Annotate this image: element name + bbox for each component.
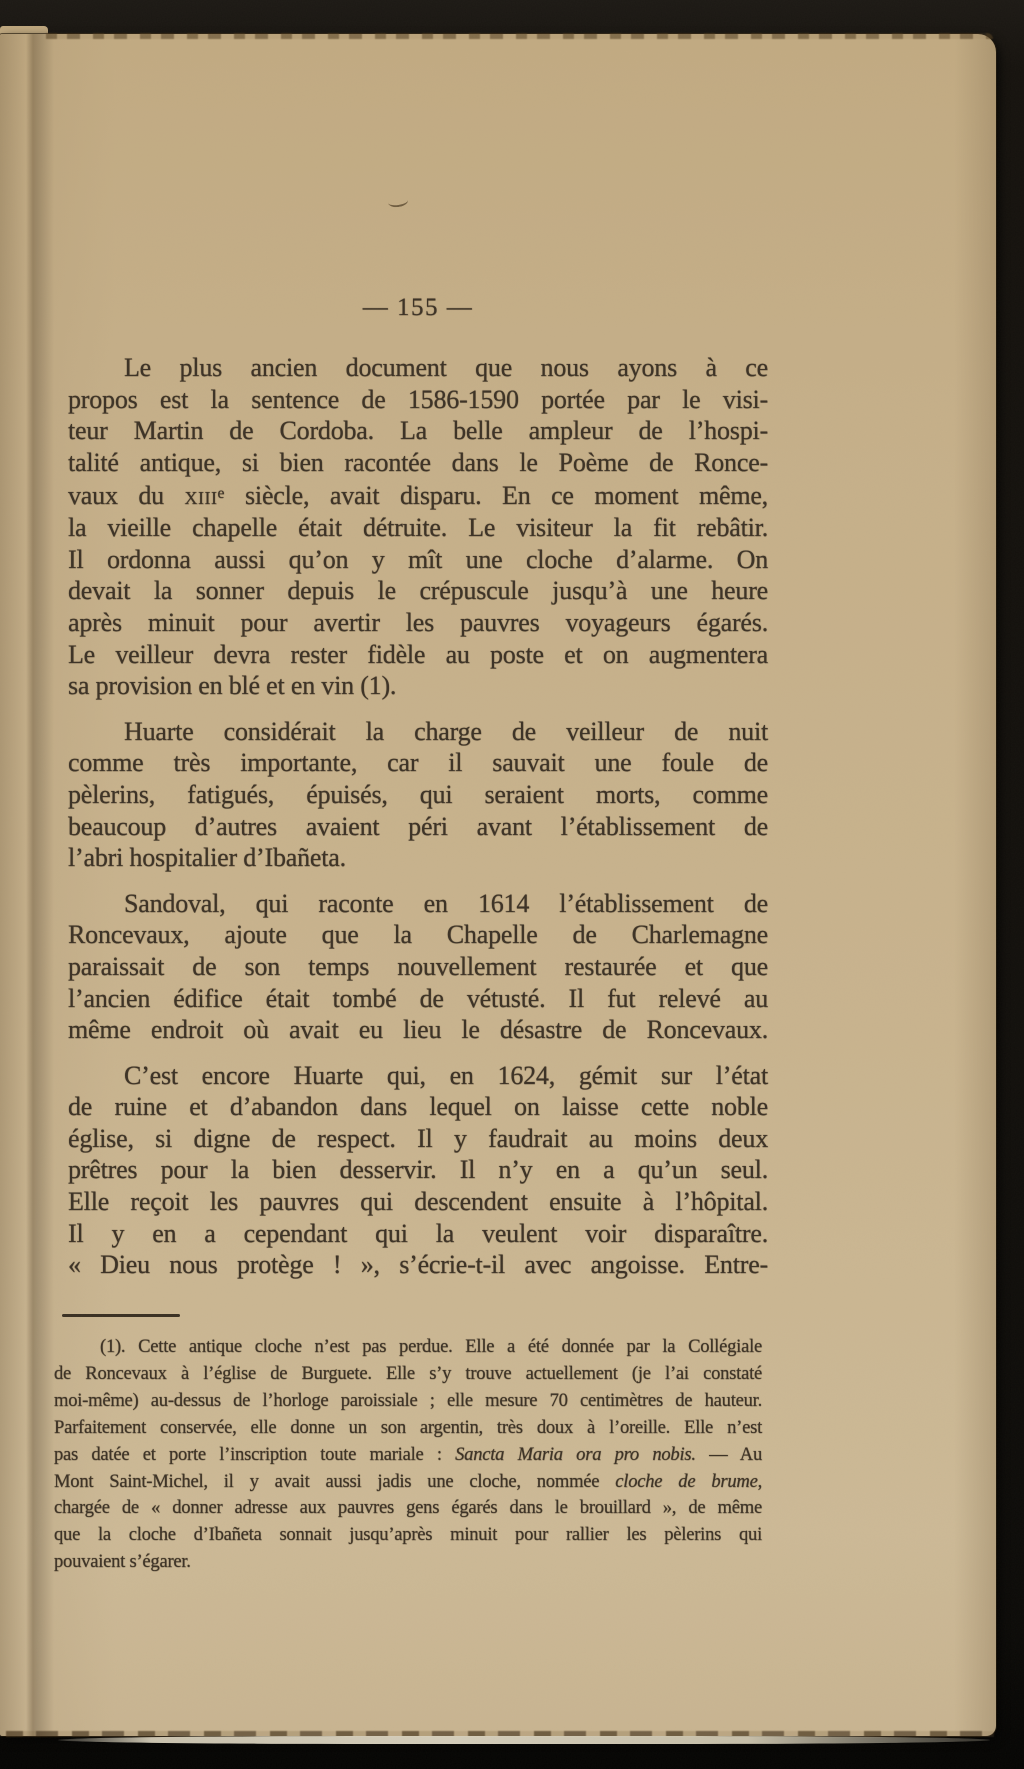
text-line: Parfaitement conservée, elle donne un so… xyxy=(54,1415,762,1442)
paragraph: Le plus ancien document que nous ayons à… xyxy=(68,352,768,702)
text-line: l’ancien édifice était tombé de vétusté.… xyxy=(68,983,768,1015)
body-text: Le plus ancien document que nous ayons à… xyxy=(68,352,768,1281)
text-run: Le plus ancien document que nous ayons à… xyxy=(124,353,768,382)
text-run: moi-même) au-dessus de l’horloge paroiss… xyxy=(54,1390,762,1411)
text-line: après minuit pour avertir les pauvres vo… xyxy=(68,607,768,639)
text-run: même endroit où avait eu lieu le désastr… xyxy=(68,1015,768,1044)
text-run: Le veilleur devra rester fidèle au poste… xyxy=(68,640,768,669)
text-line: Il y en a cependant qui la veulent voir … xyxy=(68,1218,768,1250)
text-line: l’abri hospitalier d’Ibañeta. xyxy=(68,842,768,874)
text-run: talité antique, si bien racontée dans le… xyxy=(68,448,768,477)
text-line: pouvaient s’égarer. xyxy=(54,1549,762,1576)
text-line: vaux du xiiie siècle, avait disparu. En … xyxy=(68,478,768,512)
page-top-edge-deckle xyxy=(46,33,993,39)
text-line: propos est la sentence de 1586-1590 port… xyxy=(68,384,768,416)
text-run: Roncevaux, ajoute que la Chapelle de Cha… xyxy=(68,920,768,949)
text-run: xiii xyxy=(185,482,218,511)
text-line: paraissait de son temps nouvellement res… xyxy=(68,951,768,983)
text-run: vaux du xyxy=(68,482,185,511)
text-line: prêtres pour la bien desservir. Il n’y e… xyxy=(68,1154,768,1186)
text-run: siècle, avait disparu. En ce moment même… xyxy=(224,482,768,511)
text-run: l’abri hospitalier d’Ibañeta. xyxy=(68,843,346,872)
text-line: Sandoval, qui raconte en 1614 l’établiss… xyxy=(68,888,768,920)
text-run: l’ancien édifice était tombé de vétusté.… xyxy=(68,984,768,1013)
text-line: teur Martin de Cordoba. La belle ampleur… xyxy=(68,415,768,447)
text-run: Il y en a cependant qui la veulent voir … xyxy=(68,1219,768,1248)
text-run: beaucoup d’autres avaient péri avant l’é… xyxy=(68,812,768,841)
text-run: pouvaient s’égarer. xyxy=(54,1551,191,1572)
under-page-edge xyxy=(58,1736,990,1744)
text-line: moi-même) au-dessus de l’horloge paroiss… xyxy=(54,1388,762,1415)
text-run: « Dieu nous protège ! », s’écrie-t-il av… xyxy=(68,1250,768,1279)
footnote-rule xyxy=(62,1314,180,1317)
text-line: « Dieu nous protège ! », s’écrie-t-il av… xyxy=(68,1249,768,1281)
text-line: même endroit où avait eu lieu le désastr… xyxy=(68,1014,768,1046)
text-line: talité antique, si bien racontée dans le… xyxy=(68,447,768,479)
text-line: Le plus ancien document que nous ayons à… xyxy=(68,352,768,384)
text-line: pèlerins, fatigués, épuisés, qui seraien… xyxy=(68,779,768,811)
book-page: — 155 — Le plus ancien document que nous… xyxy=(0,34,996,1736)
text-line: devait la sonner depuis le crépuscule ju… xyxy=(68,575,768,607)
text-line: Roncevaux, ajoute que la Chapelle de Cha… xyxy=(68,919,768,951)
paragraph: C’est encore Huarte qui, en 1624, gémit … xyxy=(68,1060,768,1281)
text-run: C’est encore Huarte qui, en 1624, gémit … xyxy=(124,1061,768,1090)
text-run: Huarte considérait la charge de veilleur… xyxy=(124,717,768,746)
text-line: Huarte considérait la charge de veilleur… xyxy=(68,716,768,748)
text-run: propos est la sentence de 1586-1590 port… xyxy=(68,385,768,414)
text-line: beaucoup d’autres avaient péri avant l’é… xyxy=(68,811,768,843)
text-run: comme très importante, car il sauvait un… xyxy=(68,748,768,777)
text-line: chargée de « donner adresse aux pauvres … xyxy=(54,1495,762,1522)
text-run: — Au xyxy=(696,1444,762,1465)
text-run: devait la sonner depuis le crépuscule ju… xyxy=(68,576,768,605)
text-run: Mont Saint-Michel, il y avait aussi jadi… xyxy=(54,1471,615,1492)
text-run: après minuit pour avertir les pauvres vo… xyxy=(68,608,768,637)
page-number: — 155 — xyxy=(68,294,768,322)
text-run: Parfaitement conservée, elle donne un so… xyxy=(54,1417,762,1438)
text-run: Il ordonna aussi qu’on y mît une cloche … xyxy=(68,545,768,574)
text-run: Elle reçoit les pauvres qui descendent e… xyxy=(68,1187,768,1216)
text-line: pas datée et porte l’inscription toute m… xyxy=(54,1442,762,1469)
text-line: (1). Cette antique cloche n’est pas perd… xyxy=(54,1334,762,1361)
text-line: comme très importante, car il sauvait un… xyxy=(68,747,768,779)
text-run: teur Martin de Cordoba. La belle ampleur… xyxy=(68,416,768,445)
text-run: de Roncevaux à l’église de Burguete. Ell… xyxy=(54,1363,762,1384)
text-run: , xyxy=(758,1471,762,1492)
text-line: que la cloche d’Ibañeta sonnait jusqu’ap… xyxy=(54,1522,762,1549)
text-run: que la cloche d’Ibañeta sonnait jusqu’ap… xyxy=(54,1524,762,1545)
text-run: sa provision en blé et en vin (1). xyxy=(68,671,396,700)
text-line: église, si digne de respect. Il y faudra… xyxy=(68,1123,768,1155)
text-line: Le veilleur devra rester fidèle au poste… xyxy=(68,639,768,671)
text-run: église, si digne de respect. Il y faudra… xyxy=(68,1124,768,1153)
text-run: prêtres pour la bien desservir. Il n’y e… xyxy=(68,1155,768,1184)
text-line: la vieille chapelle était détruite. Le v… xyxy=(68,512,768,544)
text-run: pas datée et porte l’inscription toute m… xyxy=(54,1444,455,1465)
paragraph: Huarte considérait la charge de veilleur… xyxy=(68,716,768,874)
text-line: Elle reçoit les pauvres qui descendent e… xyxy=(68,1186,768,1218)
text-run: la vieille chapelle était détruite. Le v… xyxy=(68,513,768,542)
ink-mark xyxy=(387,195,408,209)
text-run: cloche de brume xyxy=(615,1471,757,1492)
scan-background: — 155 — Le plus ancien document que nous… xyxy=(0,0,1024,1769)
text-line: de ruine et d’abandon dans lequel on lai… xyxy=(68,1091,768,1123)
text-line: de Roncevaux à l’église de Burguete. Ell… xyxy=(54,1361,762,1388)
text-run: chargée de « donner adresse aux pauvres … xyxy=(54,1497,762,1518)
text-run: Sancta Maria ora pro nobis. xyxy=(455,1444,696,1465)
paragraph: Sandoval, qui raconte en 1614 l’établiss… xyxy=(68,888,768,1046)
text-run: de ruine et d’abandon dans lequel on lai… xyxy=(68,1092,768,1121)
text-line: C’est encore Huarte qui, en 1624, gémit … xyxy=(68,1060,768,1092)
text-run: pèlerins, fatigués, épuisés, qui seraien… xyxy=(68,780,768,809)
text-line: sa provision en blé et en vin (1). xyxy=(68,670,768,702)
text-line: Mont Saint-Michel, il y avait aussi jadi… xyxy=(54,1469,762,1496)
text-line: Il ordonna aussi qu’on y mît une cloche … xyxy=(68,544,768,576)
footnote: (1). Cette antique cloche n’est pas perd… xyxy=(54,1334,762,1576)
text-run: paraissait de son temps nouvellement res… xyxy=(68,952,768,981)
text-run: Sandoval, qui raconte en 1614 l’établiss… xyxy=(124,889,768,918)
text-run: (1). Cette antique cloche n’est pas perd… xyxy=(100,1336,762,1357)
